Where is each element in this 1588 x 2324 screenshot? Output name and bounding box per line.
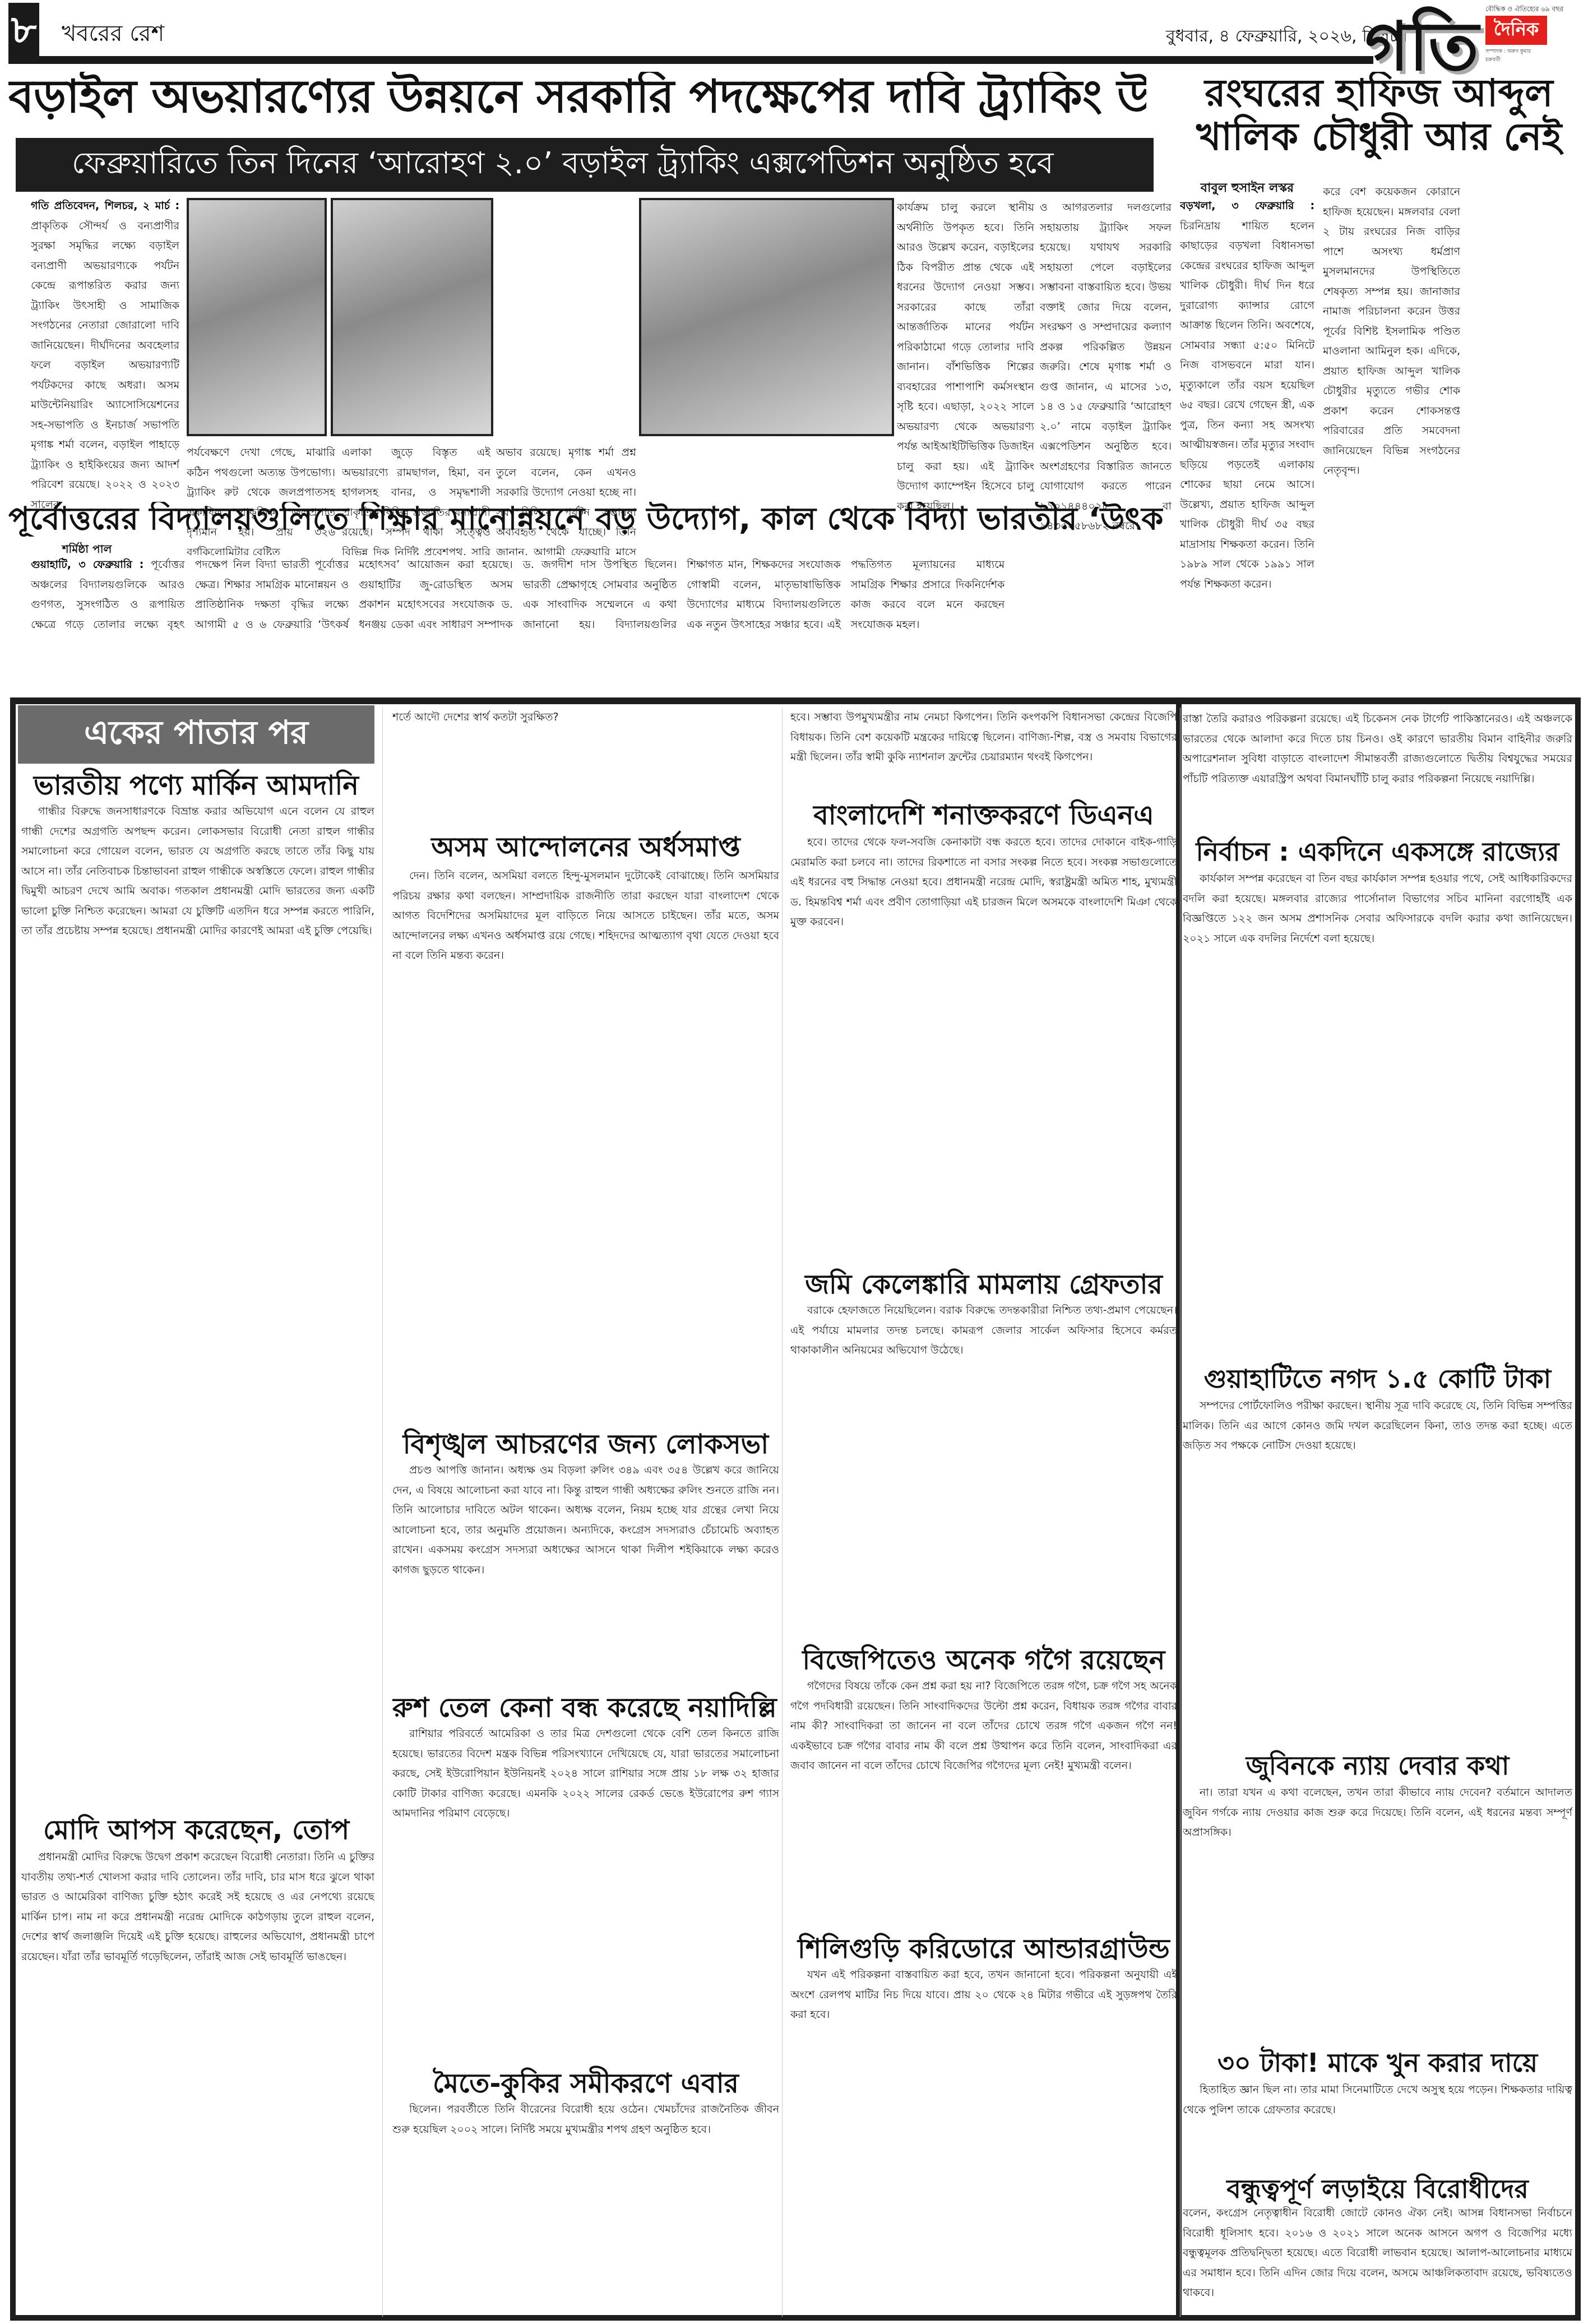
education-text: পূর্বোত্তর অঞ্চলের বিদ্যালয়গুলিকে আরও গ… [31,558,1004,631]
article-body: প্রচণ্ড আপত্তি জানান। অধ্যক্ষ ওম বিড়লা … [392,1461,779,1685]
column-divider [1180,708,1180,2317]
lead-column-1: গতি প্রতিবেদন, শিলচর, ২ মার্চ : প্রাকৃতি… [31,196,179,510]
article-lead-in: শর্তে আদৌ দেশের স্বার্থ কতটা সুরক্ষিত? [392,711,559,723]
article-body: ছিলেন। পরবর্তীতে তিনি বীরেনের বিরোধী হয়… [392,2100,779,2318]
article-body: গান্ধীর বিরুদ্ধে জনসাধারণকে বিভ্রান্ত কর… [21,802,374,1805]
lead-dateline: গতি প্রতিবেদন, শিলচর, ২ মার্চ : [31,200,179,212]
lead-headline: বড়াইল অভয়ারণ্যের উন্নয়নে সরকারি পদক্ষ… [8,72,1146,122]
article-body: যখন এই পরিকল্পনা বাস্তবায়িত করা হবে, তখ… [790,1965,1177,2318]
article-body: রাশিয়ার পরিবর্তে আমেরিকা ও তার মিত্র দে… [392,1724,779,2060]
section-title: খবরের রেশ [62,16,164,53]
lead-photo-1 [187,198,327,436]
lead-photo-2 [331,198,493,436]
continued-from-page-one-banner: একের পাতার পর [18,705,374,764]
column-divider [382,708,383,2317]
newspaper-logo[interactable]: গতি বৌদ্ধিক ও ঐতিহ্যের ৬৯ বছর দৈনিক সম্প… [1365,0,1581,59]
obituary-body-1: চিরনিদ্রায় শায়িত হলেন কাছাড়ের বড়খলা … [1180,220,1314,590]
logo-badge: দৈনিক [1485,16,1547,45]
article-body: হবে। তাদের থেকে ফল-সবজি কেনাকাটা বন্ধ কর… [790,833,1177,1259]
obituary-headline: রংঘরের হাফিজ আব্দুল খালিক চৌধুরী আর নেই [1180,72,1578,159]
lead-subheadline: ফেব্রুয়ারিতে তিন দিনের ‘আরোহণ ২.০’ বড়া… [72,140,1053,190]
page-number: ৮ [8,3,39,56]
lead-column-4: অভাব রয়েছে। মৃগাঙ্ক শর্মা প্রশ্ন তুলে ব… [496,443,636,555]
lead-photo-3 [639,198,894,436]
article-headline: অসম আন্দোলনের অর্ধসমাপ্ত [392,827,779,871]
article-body: বরাকে হেফাজতে নিয়েছিলেন। বরাক বিরুদ্ধে … [790,1301,1177,1637]
article-body: গগৈদের বিষয়ে তাঁকে কেন প্রশ্ন করা হয় ন… [790,1676,1177,1929]
education-body: গুয়াহাটি, ৩ ফেব্রুয়ারি : পূর্বোত্তর অঞ… [31,555,1169,692]
article-body: সম্পদের পোর্টফোলিও পরীক্ষা করছেন। স্থানী… [1183,1396,1572,1744]
article-body: না। তারা যখন এ কথা বলেছেন, তখন তারা কীভা… [1183,1783,1572,2041]
lead-column-2: পর্যবেক্ষণে দেখা গেছে, মাঝারি কঠিন পথগুল… [187,443,335,555]
lead-subheadline-banner: ফেব্রুয়ারিতে তিন দিনের ‘আরোহণ ২.০’ বড়া… [16,138,1154,192]
article-body: বলেন, কংগ্রেস নেতৃত্বাধীন বিরোধী জোটে কো… [1183,2203,1572,2316]
article-body: কার্যকাল সম্পন্ন করেছেন বা তিন বছর কার্য… [1183,869,1572,1351]
column-divider [782,708,783,2317]
lead-body-1: প্রাকৃতিক সৌন্দর্য ও বন্যপ্রাণীর সুরক্ষা… [31,220,179,511]
logo-tagline: বৌদ্ধিক ও ঐতিহ্যের ৬৯ বছর [1485,4,1563,16]
article-body: হিতাহিত জ্ঞান ছিল না। তার মামা সিনেমাটিত… [1183,2080,1572,2170]
masthead-rule [8,56,1373,64]
article-body: হবে। সম্ভাব্য উপমুখ্যমন্ত্রীর নাম নেমচা … [790,708,1177,792]
obituary-column-2: করে বেশ কয়েকজন কোরানে হাফিজ হয়েছেন। মঙ… [1323,182,1460,684]
article-body: প্রধানমন্ত্রী মোদির বিরুদ্ধে উদ্বেগ প্রক… [21,1847,374,2318]
article-body: দেন। তিনি বলেন, অসমিয়া বলতে হিন্দু-মুসল… [392,866,779,1421]
education-dateline: গুয়াহাটি, ৩ ফেব্রুয়ারি : [31,558,143,571]
article-lead-in: হবে। সম্ভাব্য উপমুখ্যমন্ত্রীর নাম নেমচা … [790,711,1177,763]
education-headline: পূর্বোত্তরের বিদ্যালয়গুলিতে শিক্ষার মান… [8,502,1163,537]
right-intro-body: রাস্তা তৈরি করারও পরিকল্পনা রয়েছে। এই চ… [1183,709,1572,830]
obituary-column-1: বড়খলা, ৩ ফেব্রুয়ারি : চিরনিদ্রায় শায়… [1180,196,1314,684]
logo-subtext: সম্পাদক : অরুণ কুমার চক্রবর্তী [1485,47,1547,64]
lead-column-3: এলাকা জুড়ে বিস্তৃত এই অভয়ারণ্যে রামছাগ… [342,443,490,555]
article-body: শর্তে আদৌ দেশের স্বার্থ কতটা সুরক্ষিত? [392,708,779,820]
obituary-dateline: বড়খলা, ৩ ফেব্রুয়ারি : [1180,200,1314,212]
